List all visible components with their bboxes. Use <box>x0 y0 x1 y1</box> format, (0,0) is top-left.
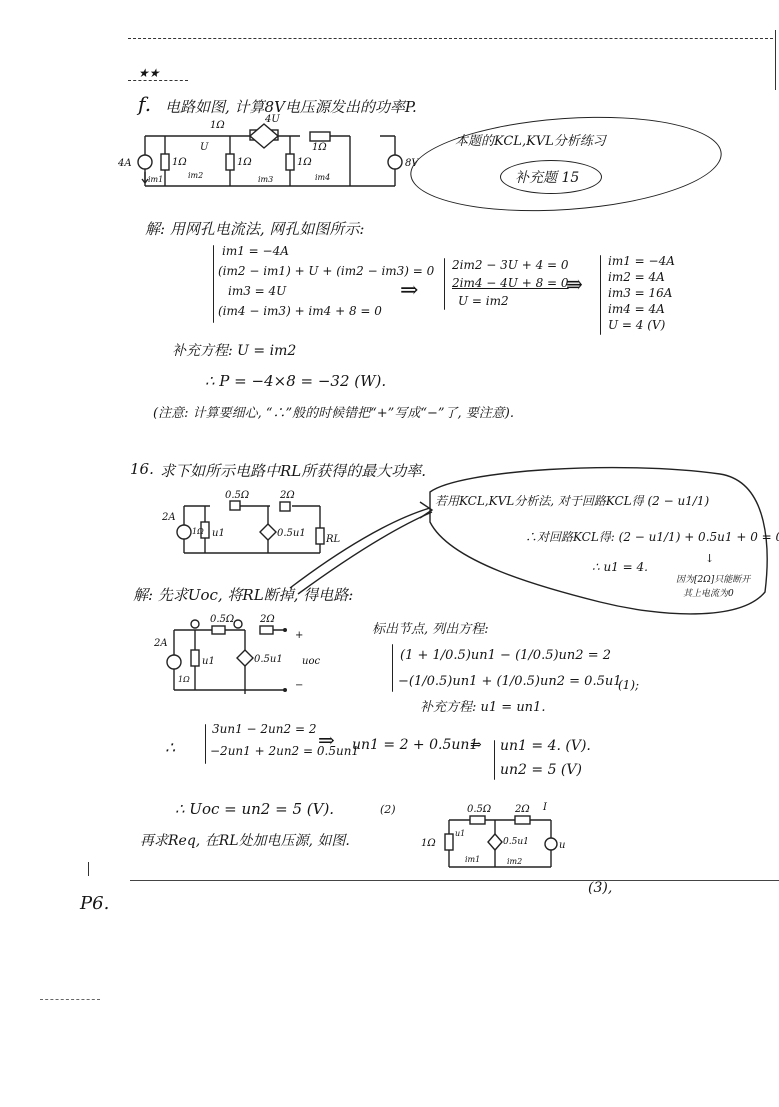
svg-text:1Ω: 1Ω <box>172 157 187 168</box>
side-note-arrow-note-2: 其上电流为0 <box>683 586 734 599</box>
p16-node-result-2: un2 = 5 (V) <box>500 762 582 778</box>
svg-text:u1: u1 <box>455 829 465 838</box>
side-note-line-1: 若用KCL,KVL分析法, 对于回路KCL得 (2 − u1/1) <box>435 492 709 509</box>
svg-text:2Ω: 2Ω <box>259 614 275 625</box>
p16-step: un1 = 2 + 0.5un1 <box>352 737 478 753</box>
svg-text:0.5Ω: 0.5Ω <box>467 804 491 815</box>
side-note-arrow-note-1: 因为[2Ω]只能断开 <box>676 572 750 585</box>
p16-node-eq-tag: (1); <box>618 678 639 692</box>
scan-artifact-line <box>40 999 100 1000</box>
side-note-line-2: ∴对回路KCL得: (2 − u1/1) + 0.5u1 + 0 = 0 <box>525 528 779 545</box>
svg-text:−: − <box>295 680 303 691</box>
p15-solution-heading: 解: 用网孔电流法, 网孔如图所示: <box>145 218 364 239</box>
svg-text:im1: im1 <box>148 175 163 184</box>
p15-brace-1 <box>213 245 214 323</box>
note-bubble-text: 本题的KCL,KVL分析练习 <box>455 130 606 149</box>
p16-uoc-tag: (2) <box>380 803 396 816</box>
p16-node-result-1: un1 = 4. (V). <box>500 738 591 754</box>
p16-simplified-eq-2: −2un1 + 2un2 = 0.5un1 <box>210 744 359 758</box>
p15-remark: (注意: 计算要细心, “∴”般的时候错把“+”写成“−”了, 要注意). <box>153 402 514 421</box>
note-bubble-inner-text: 补充题 15 <box>515 167 579 187</box>
svg-text:0.5Ω: 0.5Ω <box>225 490 249 501</box>
p15-mesh-eq-1: im1 = −4A <box>222 244 289 258</box>
circuit-uoc: 2A 1Ω 0.5Ω 2Ω u1 0.5u1 + uoc − <box>170 622 310 697</box>
footnote-mark: (3), <box>588 880 612 896</box>
p15-arrow-2: ⇛ <box>566 272 583 296</box>
svg-text:U: U <box>200 142 209 153</box>
svg-text:0.5u1: 0.5u1 <box>254 654 283 665</box>
top-rule <box>128 38 773 39</box>
p16-therefore: ∴ <box>165 738 175 757</box>
p15-reduced-eq-2: 2im4 − 4U + 8 = 0 <box>452 276 569 290</box>
p15-mesh-eq-3: im3 = 4U <box>228 284 286 298</box>
p15-result-5: U = 4 (V) <box>608 318 665 332</box>
svg-text:im4: im4 <box>315 173 330 182</box>
svg-text:+: + <box>295 630 303 641</box>
p15-brace-2 <box>444 258 445 310</box>
left-margin-tick <box>88 862 89 876</box>
svg-text:im2: im2 <box>188 171 203 180</box>
corner-mark: ★★ <box>138 66 160 80</box>
left-margin-label: P6. <box>80 893 109 914</box>
svg-text:2A: 2A <box>161 512 176 523</box>
p15-supplementary: 补充方程: U = im2 <box>172 340 296 360</box>
p16-uoc-result: ∴ Uoc = un2 = 5 (V). <box>175 800 334 818</box>
svg-text:u: u <box>559 840 565 851</box>
bottom-rule <box>130 880 779 881</box>
p15-mesh-eq-2: (im2 − im1) + U + (im2 − im3) = 0 <box>218 264 434 278</box>
p16-brace-2 <box>205 724 206 764</box>
svg-text:1Ω: 1Ω <box>210 120 225 131</box>
side-note-arrow-down: ↓ <box>705 552 714 565</box>
svg-text:uoc: uoc <box>302 656 320 667</box>
p15-mesh-eq-4: (im4 − im3) + im4 + 8 = 0 <box>218 304 382 318</box>
p15-result-4: im4 = 4A <box>608 302 665 316</box>
right-margin-line <box>775 30 776 90</box>
svg-text:u1: u1 <box>212 528 225 539</box>
side-note-line-3: ∴ u1 = 4. <box>592 560 648 574</box>
circuit-problem-15: 4A 1Ω 1Ω 1Ω 1Ω 1Ω 4U 8V U im1 im2 im3 im… <box>140 130 380 195</box>
svg-text:im2: im2 <box>507 857 522 866</box>
svg-text:1Ω: 1Ω <box>237 157 252 168</box>
p16-req-heading: 再求Req, 在RL处加电压源, 如图. <box>140 830 350 850</box>
p15-reduced-eq-1: 2im2 − 3U + 4 = 0 <box>452 258 569 272</box>
svg-text:im1: im1 <box>465 855 480 864</box>
problem-15-statement: 电路如图, 计算8V电压源发出的功率P. <box>165 96 417 117</box>
p15-result-1: im1 = −4A <box>608 254 675 268</box>
svg-text:1Ω: 1Ω <box>178 675 190 684</box>
p16-arrow-1: ⇒ <box>318 728 335 752</box>
p16-node-eq-1: (1 + 1/0.5)un1 − (1/0.5)un2 = 2 <box>400 648 611 663</box>
problem-16-number: 16. <box>130 460 154 478</box>
p16-brace-1 <box>392 644 393 692</box>
svg-text:2A: 2A <box>153 638 168 649</box>
problem-16-statement: 求下如所示电路中RL所获得的最大功率. <box>160 460 426 481</box>
p16-supplementary: 补充方程: u1 = un1. <box>420 696 545 715</box>
svg-text:0.5u1: 0.5u1 <box>503 837 529 847</box>
svg-text:4A: 4A <box>117 158 132 169</box>
p15-arrow-1: ⇒ <box>400 278 418 303</box>
svg-text:1Ω: 1Ω <box>192 527 204 536</box>
svg-text:1Ω: 1Ω <box>421 838 436 849</box>
circuit-req: 1Ω u1 0.5Ω 2Ω I 0.5u1 u im1 im2 <box>445 812 565 872</box>
p16-simplified-eq-1: 3un1 − 2un2 = 2 <box>212 722 316 736</box>
problem-15-number: f. <box>138 92 151 116</box>
svg-text:2Ω: 2Ω <box>514 804 530 815</box>
p15-result-3: im3 = 16A <box>608 286 672 300</box>
p16-solution-heading: 解: 先求Uoc, 将RL断掉, 得电路: <box>133 584 353 605</box>
svg-text:4U: 4U <box>264 114 280 125</box>
svg-text:I: I <box>542 802 548 813</box>
p15-brace-3 <box>600 255 601 335</box>
p16-node-eq-2: −(1/0.5)un1 + (1/0.5)un2 = 0.5u1 <box>398 674 622 689</box>
svg-text:im3: im3 <box>258 175 273 184</box>
p15-power-result: ∴ P = −4×8 = −32 (W). <box>205 372 386 390</box>
p15-result-2: im2 = 4A <box>608 270 665 284</box>
p15-reduced-eq-3: U = im2 <box>458 294 509 308</box>
svg-text:0.5Ω: 0.5Ω <box>210 614 234 625</box>
svg-text:1Ω: 1Ω <box>297 157 312 168</box>
p16-brace-3 <box>494 740 495 780</box>
svg-text:1Ω: 1Ω <box>312 142 327 153</box>
p16-node-heading: 标出节点, 列出方程: <box>372 618 489 637</box>
p16-arrow-2: ⇒ <box>470 737 482 753</box>
svg-text:u1: u1 <box>202 656 215 667</box>
title-underline <box>128 80 188 81</box>
